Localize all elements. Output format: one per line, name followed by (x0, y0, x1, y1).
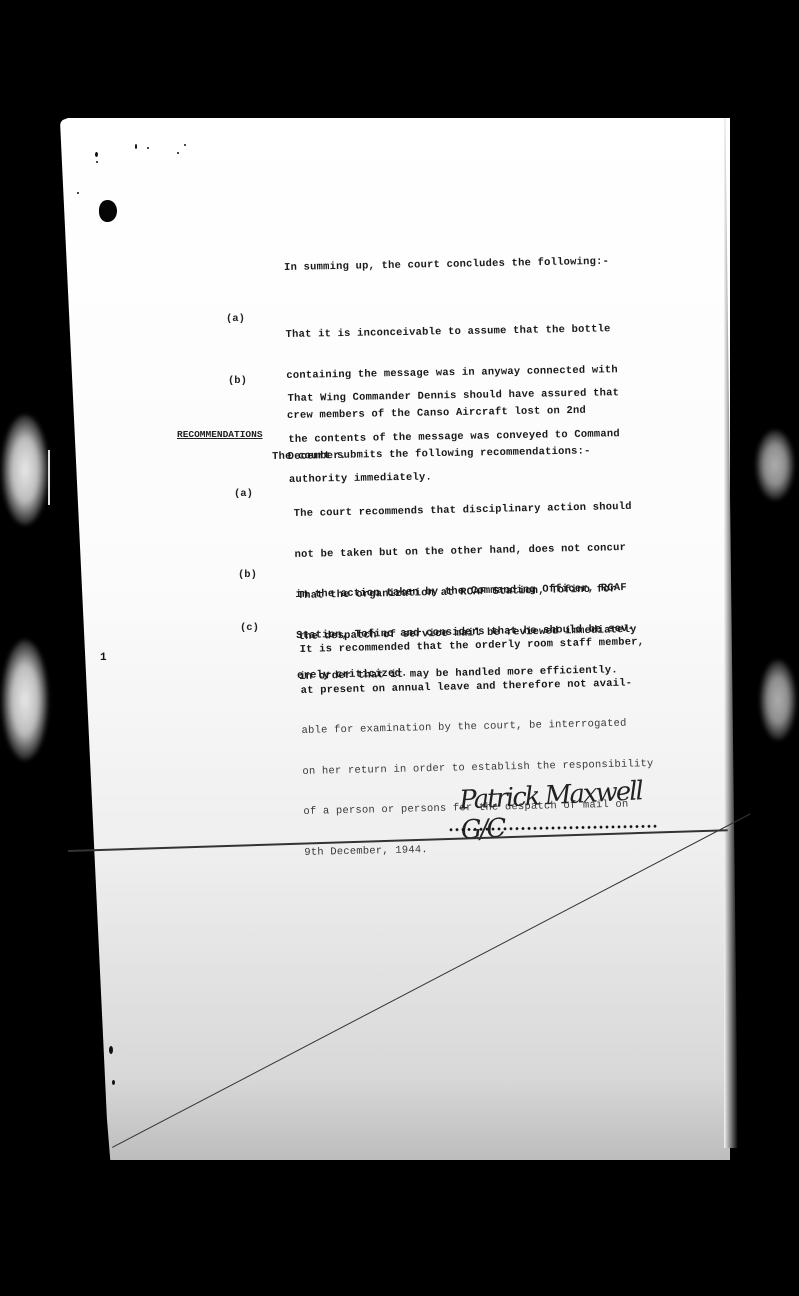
text-line: able for examination by the court, be in… (301, 717, 652, 738)
speck (135, 144, 137, 149)
text-line: The court recommends that disciplinary a… (294, 501, 632, 522)
text-line: That the organization at RCAF Station, T… (298, 583, 636, 604)
speck (112, 1080, 115, 1085)
margin-mark: 1 (100, 652, 107, 664)
film-sprocket-glow (2, 415, 48, 525)
text-line: That it is inconceivable to assume that … (285, 323, 617, 342)
text-line: on her return in order to establish the … (302, 757, 653, 778)
film-edge-mark (48, 450, 50, 505)
film-sprocket-glow (756, 430, 794, 500)
film-sprocket-glow (760, 660, 796, 740)
speck (147, 147, 149, 149)
conclusion-b-label: (b) (228, 375, 247, 387)
text-line: That Wing Commander Dennis should have a… (287, 387, 619, 406)
recommendation-c-label: (c) (240, 622, 259, 634)
page-edge-shadow (724, 118, 738, 1148)
recommendation-b-label: (b) (238, 569, 257, 581)
text-line: It is recommended that the orderly room … (300, 636, 651, 657)
speck (109, 1046, 113, 1054)
text-line: the contents of the message was conveyed… (288, 428, 620, 447)
signature-block: Patrick Maxwell G/C (448, 778, 678, 838)
speck (177, 152, 179, 154)
recommendations-heading: RECOMMENDATIONS (177, 429, 263, 440)
speck (96, 161, 98, 163)
text-line: at present on annual leave and therefore… (301, 677, 652, 698)
film-sprocket-glow (2, 640, 48, 760)
recommendation-a-label: (a) (234, 488, 253, 500)
speck (184, 144, 186, 146)
speck (77, 192, 79, 194)
conclusion-a-label: (a) (226, 313, 245, 325)
speck (95, 152, 98, 157)
punch-hole-mark (99, 200, 117, 222)
